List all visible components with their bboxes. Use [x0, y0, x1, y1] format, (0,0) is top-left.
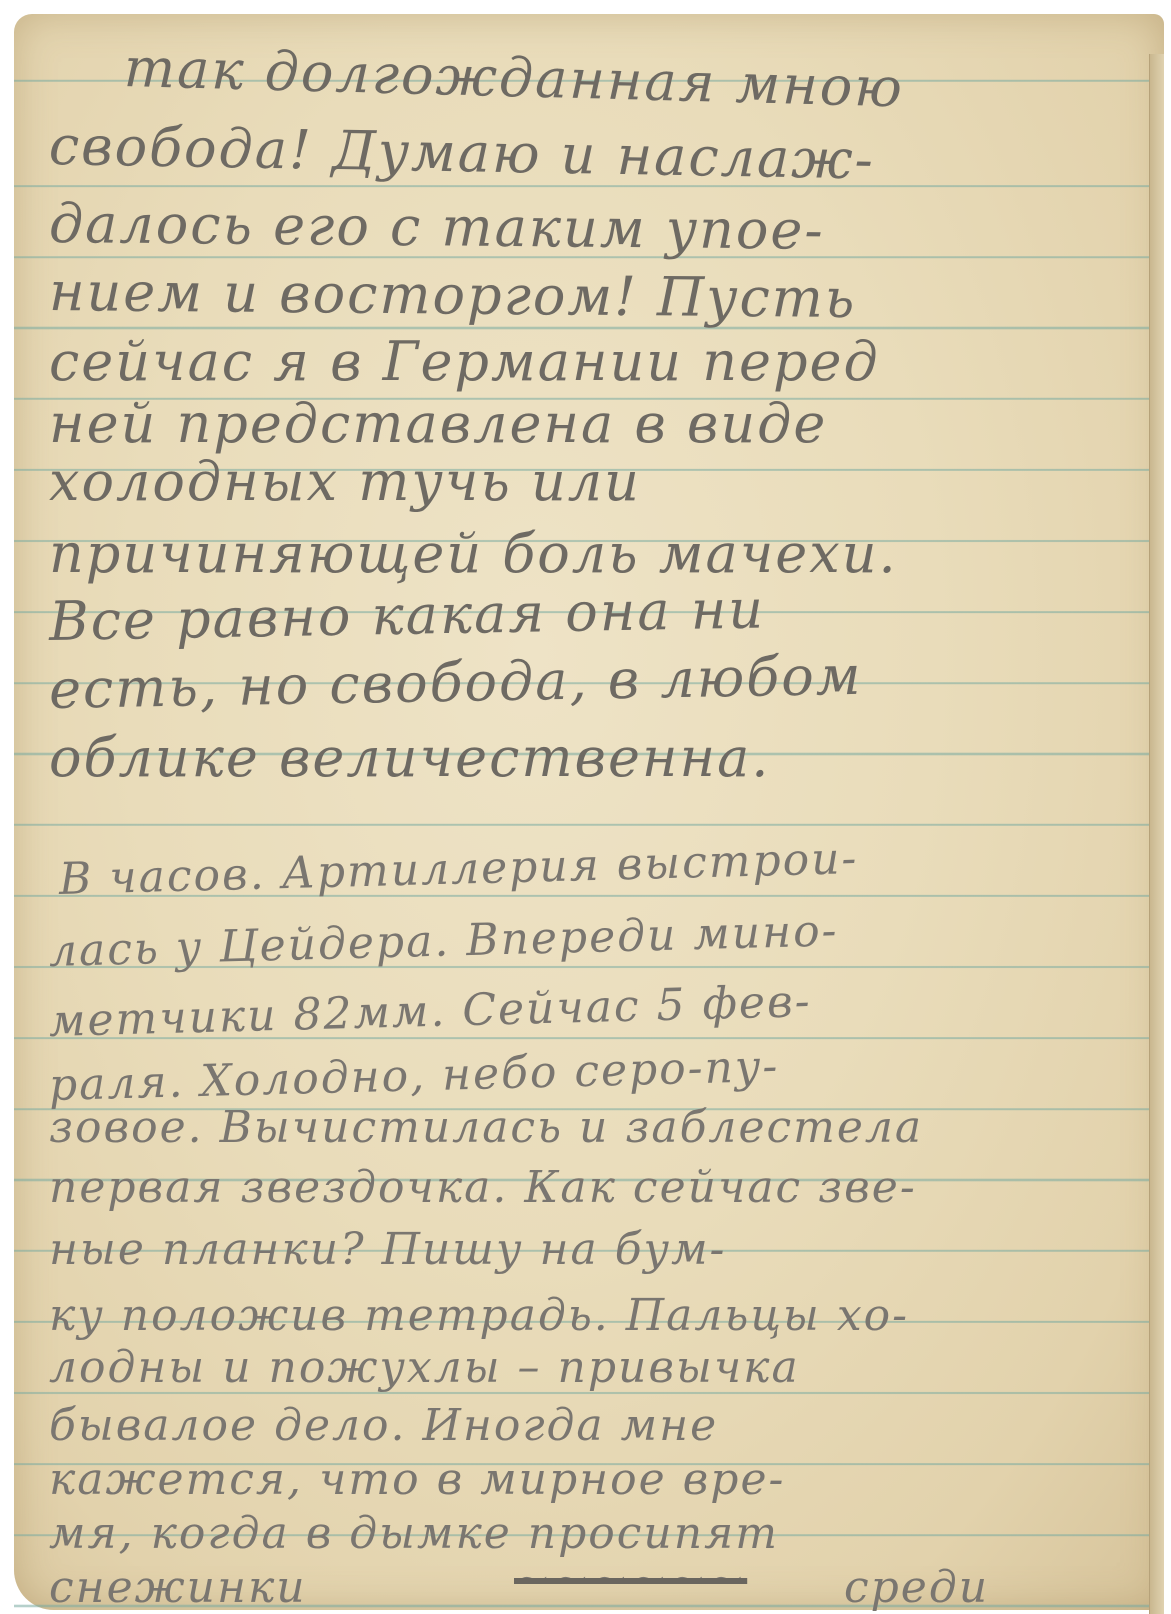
handwritten-line: ней представлена в виде: [49, 392, 827, 455]
handwritten-line: мя, когда в дымке просипят: [49, 1508, 779, 1559]
notebook-spine: [1149, 54, 1164, 1614]
handwritten-line: В часов. Артиллерия выстрои-: [58, 833, 859, 905]
notebook-page: так долгожданная мною свобода! Думаю и н…: [14, 14, 1164, 1610]
handwritten-line: кажется, что в мирное вре-: [49, 1454, 785, 1505]
handwritten-line: среди: [844, 1562, 989, 1613]
handwritten-line: облике величественна.: [49, 726, 770, 789]
handwritten-line: метчики 82мм. Сейчас 5 фев-: [48, 976, 812, 1047]
handwritten-line: первая звездочка. Как сейчас зве-: [49, 1162, 917, 1213]
struck-out-text: ~~~~~~: [514, 1554, 747, 1605]
handwritten-line: раля. Холодно, небо серо-пу-: [48, 1041, 780, 1111]
handwritten-line: ные планки? Пишу на бум-: [49, 1224, 726, 1275]
handwritten-line: есть, но свобода, в любом: [48, 644, 863, 721]
handwritten-line: так долгожданная мною: [123, 36, 905, 119]
handwritten-line: ку положив тетрадь. Пальцы хо-: [49, 1290, 909, 1341]
handwritten-line: нием и восторгом! Пусть: [49, 260, 857, 330]
handwritten-line: сейчас я в Германии перед: [49, 330, 880, 393]
handwritten-line: свобода! Думаю и наслаж-: [48, 114, 875, 191]
handwritten-line: снежинки: [49, 1562, 307, 1613]
handwritten-line: бывалое дело. Иногда мне: [49, 1400, 718, 1451]
handwritten-line: Все равно какая она ни: [48, 578, 765, 653]
handwritten-line: далось его с таким упое-: [49, 192, 825, 262]
handwritten-line: зовое. Вычистилась и заблестела: [49, 1102, 923, 1153]
handwritten-line: причиняющей боль мачехи.: [49, 522, 898, 585]
handwritten-line: холодных тучь или: [49, 450, 641, 513]
handwritten-line: лодны и пожухлы – привычка: [49, 1342, 800, 1393]
handwritten-line: лась у Цейдера. Впереди мино-: [48, 905, 839, 977]
